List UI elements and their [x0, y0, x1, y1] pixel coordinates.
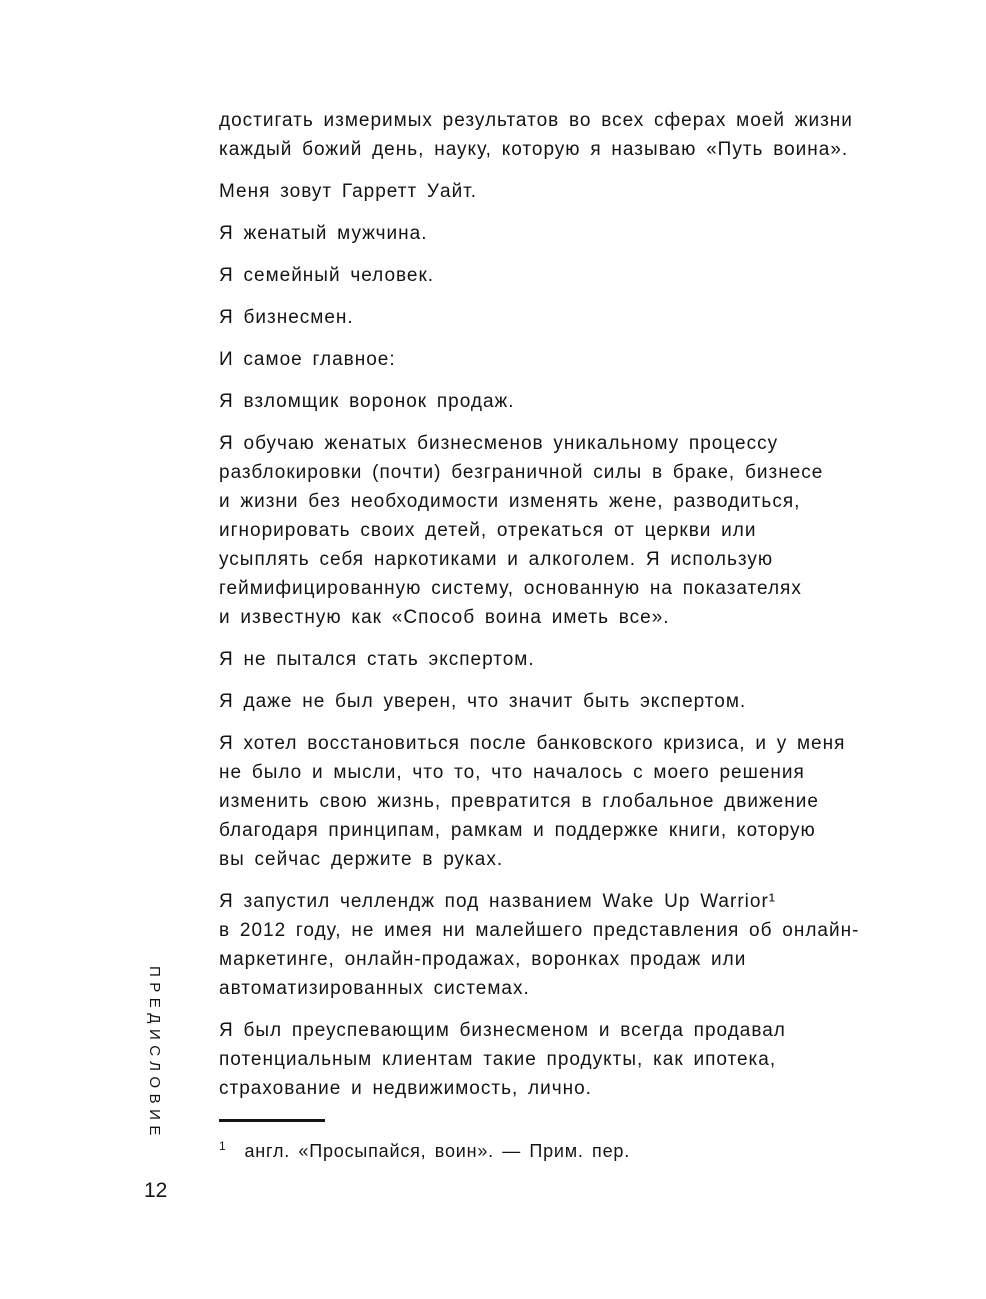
- footnote-text: англ. «Просыпайся, воин». — Прим. пер.: [244, 1141, 630, 1161]
- body-paragraph: Я был преуспевающим бизнесменом и всегда…: [219, 1016, 919, 1103]
- body-paragraph: Я обучаю женатых бизнесменов уникальному…: [219, 429, 919, 632]
- body-paragraph: И самое главное:: [219, 345, 919, 374]
- body-paragraph: Я женатый мужчина.: [219, 219, 919, 248]
- body-paragraph: Я не пытался стать экспертом.: [219, 645, 919, 674]
- footnote: 1англ. «Просыпайся, воин». — Прим. пер.: [219, 1134, 919, 1163]
- body-paragraph: Я запустил челлендж под названием Wake U…: [219, 887, 919, 1003]
- body-paragraph: Я бизнесмен.: [219, 303, 919, 332]
- book-page: ПРЕДИСЛОВИЕ достигать измеримых результа…: [0, 0, 986, 1299]
- body-paragraph: Меня зовут Гарретт Уайт.: [219, 177, 919, 206]
- body-paragraph: Я даже не был уверен, что значит быть эк…: [219, 687, 919, 716]
- page-number: 12: [144, 1178, 167, 1204]
- footnote-divider: [219, 1119, 325, 1122]
- footnote-marker: 1: [219, 1139, 226, 1153]
- chapter-sidebar-label: ПРЕДИСЛОВИЕ: [144, 966, 164, 1141]
- body-paragraph: достигать измеримых результатов во всех …: [219, 106, 919, 164]
- body-paragraph: Я семейный человек.: [219, 261, 919, 290]
- body-paragraph: Я хотел восстановиться после банковского…: [219, 729, 919, 874]
- body-text-block: достигать измеримых результатов во всех …: [219, 106, 919, 1163]
- body-paragraph: Я взломщик воронок продаж.: [219, 387, 919, 416]
